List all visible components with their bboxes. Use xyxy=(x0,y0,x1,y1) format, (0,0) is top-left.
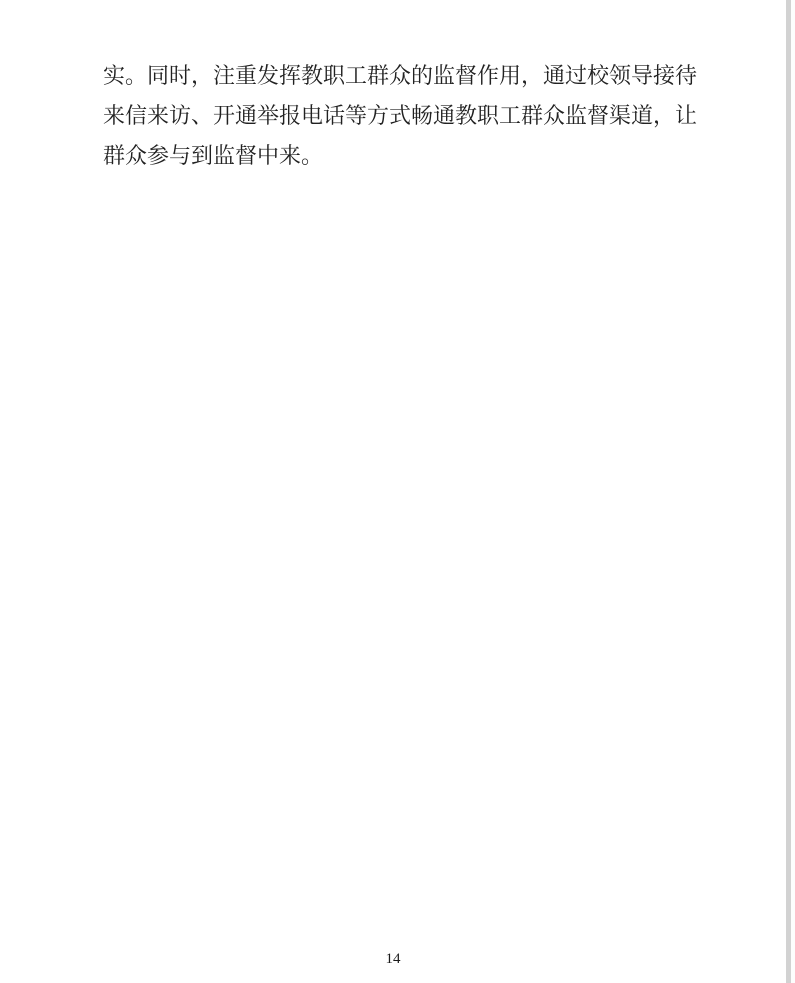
page-edge-gutter xyxy=(791,0,795,983)
paragraph-line-3: 群众参与到监督中来。 xyxy=(103,136,697,176)
page-footer: 14 xyxy=(0,950,786,968)
document-page: 实。同时，注重发挥教职工群众的监督作用，通过校领导接待 来信来访、开通举报电话等… xyxy=(0,0,786,983)
paragraph-line-1: 实。同时，注重发挥教职工群众的监督作用，通过校领导接待 xyxy=(103,56,697,96)
page-number: 14 xyxy=(386,951,401,967)
paragraph-line-2: 来信来访、开通举报电话等方式畅通教职工群众监督渠道，让 xyxy=(103,96,697,136)
paragraph: 实。同时，注重发挥教职工群众的监督作用，通过校领导接待 来信来访、开通举报电话等… xyxy=(103,56,697,176)
